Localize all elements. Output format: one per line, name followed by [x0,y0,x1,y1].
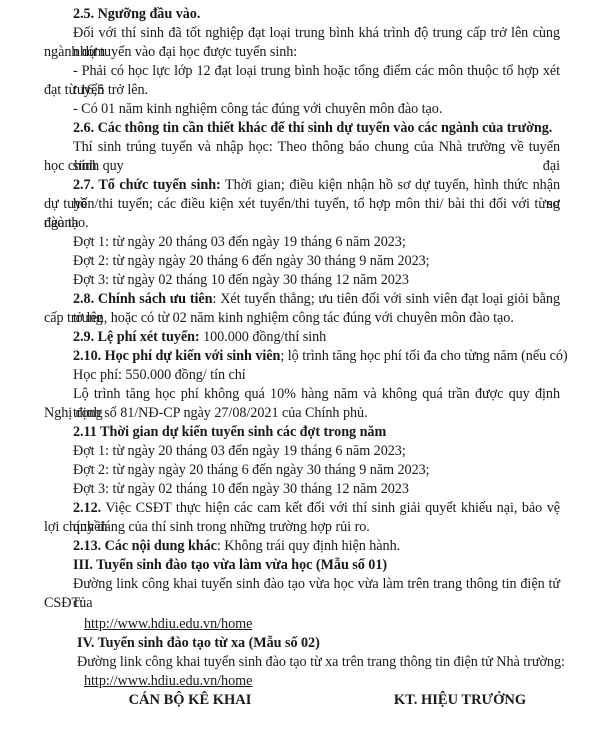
hdiu-link-2[interactable]: http://www.hdiu.edu.vn/home [84,673,252,689]
section-2-11-round-1: Đợt 1: từ ngày 20 tháng 03 đến ngày 19 t… [73,442,406,461]
document-page: 2.5. Ngưỡng đầu vào. Đối với thí sinh đã… [0,0,600,747]
section-2-5-bullet: - Phải có học lực lớp 12 đạt loại trung … [73,62,560,81]
section-2-7-heading: 2.7. Tổ chức tuyển sinh: [73,177,221,193]
section-3-heading: III. Tuyển sinh đào tạo vừa làm vừa học … [73,556,387,575]
section-2-12-line: 2.12. Việc CSĐT thực hiện các cam kết đố… [73,499,560,518]
section-2-7-round-1: Đợt 1: từ ngày 20 tháng 03 đến ngày 19 t… [73,233,406,252]
section-2-9-line: 2.9. Lệ phí xét tuyển: 100.000 đồng/thí … [73,328,326,347]
section-2-6-line: học chính quy [44,157,124,176]
section-2-11-round-2: Đợt 2: từ ngày ngày 20 tháng 6 đến ngày … [73,461,430,480]
section-2-13-line: 2.13. Các nội dung khác: Không trái quy … [73,537,400,556]
section-2-8-line: 2.8. Chính sách ưu tiên: Xét tuyển thẳng… [73,290,560,309]
section-2-12-heading: 2.12. [73,500,101,516]
section-2-5-para-line: ngành dự tuyển vào đại học được tuyển si… [44,43,297,62]
section-2-13-heading: 2.13. Các nội dung khác [73,538,217,554]
section-2-10-text: ; lộ trình tăng học phí tối đa cho từng … [280,348,567,364]
section-3-link[interactable]: http://www.hdiu.edu.vn/home [84,615,252,634]
section-2-7-line: dự tuyển/thi tuyển; các điều kiện xét tu… [44,195,560,214]
section-2-10-roadmap: Nghị định số 81/NĐ-CP ngày 27/08/2021 củ… [44,404,368,423]
section-2-7-round-2: Đợt 2: từ ngày ngày 20 tháng 6 đến ngày … [73,252,430,271]
section-2-5-heading: 2.5. Ngưỡng đầu vào. [73,5,200,24]
section-2-7-round-3: Đợt 3: từ ngày 02 tháng 10 đến ngày 30 t… [73,271,409,290]
section-2-7-line: đào tạo. [44,214,89,233]
section-2-13-text: : Không trái quy định hiện hành. [217,538,400,554]
section-2-11-heading: 2.11 Thời gian dự kiến tuyển sinh các đợ… [73,423,386,442]
section-2-5-para-line: Đối với thí sinh đã tốt nghiệp đạt loại … [73,24,560,43]
section-2-5-bullet-cont: đạt từ 16,5 trở lên. [44,81,148,100]
section-4-line: Đường link công khai tuyển sinh đào tạo … [77,653,565,672]
section-2-9-value: 100.000 đồng/thí sinh [200,329,327,345]
section-2-10-line: 2.10. Học phí dự kiến với sinh viên; lộ … [73,347,568,366]
section-2-6-heading: 2.6. Các thông tin cần thiết khác để thí… [73,119,552,138]
section-2-10-heading: 2.10. Học phí dự kiến với sinh viên [73,348,280,364]
section-2-8-heading: 2.8. Chính sách ưu tiên [73,291,213,307]
section-2-10-fee: Học phí: 550.000 đồng/ tín chỉ [73,366,246,385]
section-2-7-line: 2.7. Tổ chức tuyển sinh: Thời gian; điều… [73,176,560,195]
left-signature-title: CÁN BỘ KÊ KHAI [100,691,280,710]
section-2-10-roadmap: Lộ trình tăng học phí không quá 10% hàng… [73,385,560,404]
section-4-link[interactable]: http://www.hdiu.edu.vn/home [84,672,252,691]
section-2-5-bullet: - Có 01 năm kinh nghiệm công tác đúng vớ… [73,100,442,119]
section-2-9-heading: 2.9. Lệ phí xét tuyển: [73,329,200,345]
section-2-11-round-3: Đợt 3: từ ngày 02 tháng 10 đến ngày 30 t… [73,480,409,499]
hdiu-link-1[interactable]: http://www.hdiu.edu.vn/home [84,616,252,632]
section-2-6-line: Thí sinh trúng tuyển và nhập học: Theo t… [73,138,560,157]
right-signature-title-1: KT. HIỆU TRƯỞNG [370,691,550,710]
section-2-12-line: lợi chính đáng của thí sinh trong những … [44,518,370,537]
section-4-heading: IV. Tuyển sinh đào tạo từ xa (Mẫu số 02) [77,634,320,653]
section-3-line: Đường link công khai tuyển sinh đào tạo … [73,575,560,594]
section-3-line: CSĐT: [44,594,83,613]
section-2-8-line: cấp trở lên, hoặc có từ 02 năm kinh nghi… [44,309,514,328]
